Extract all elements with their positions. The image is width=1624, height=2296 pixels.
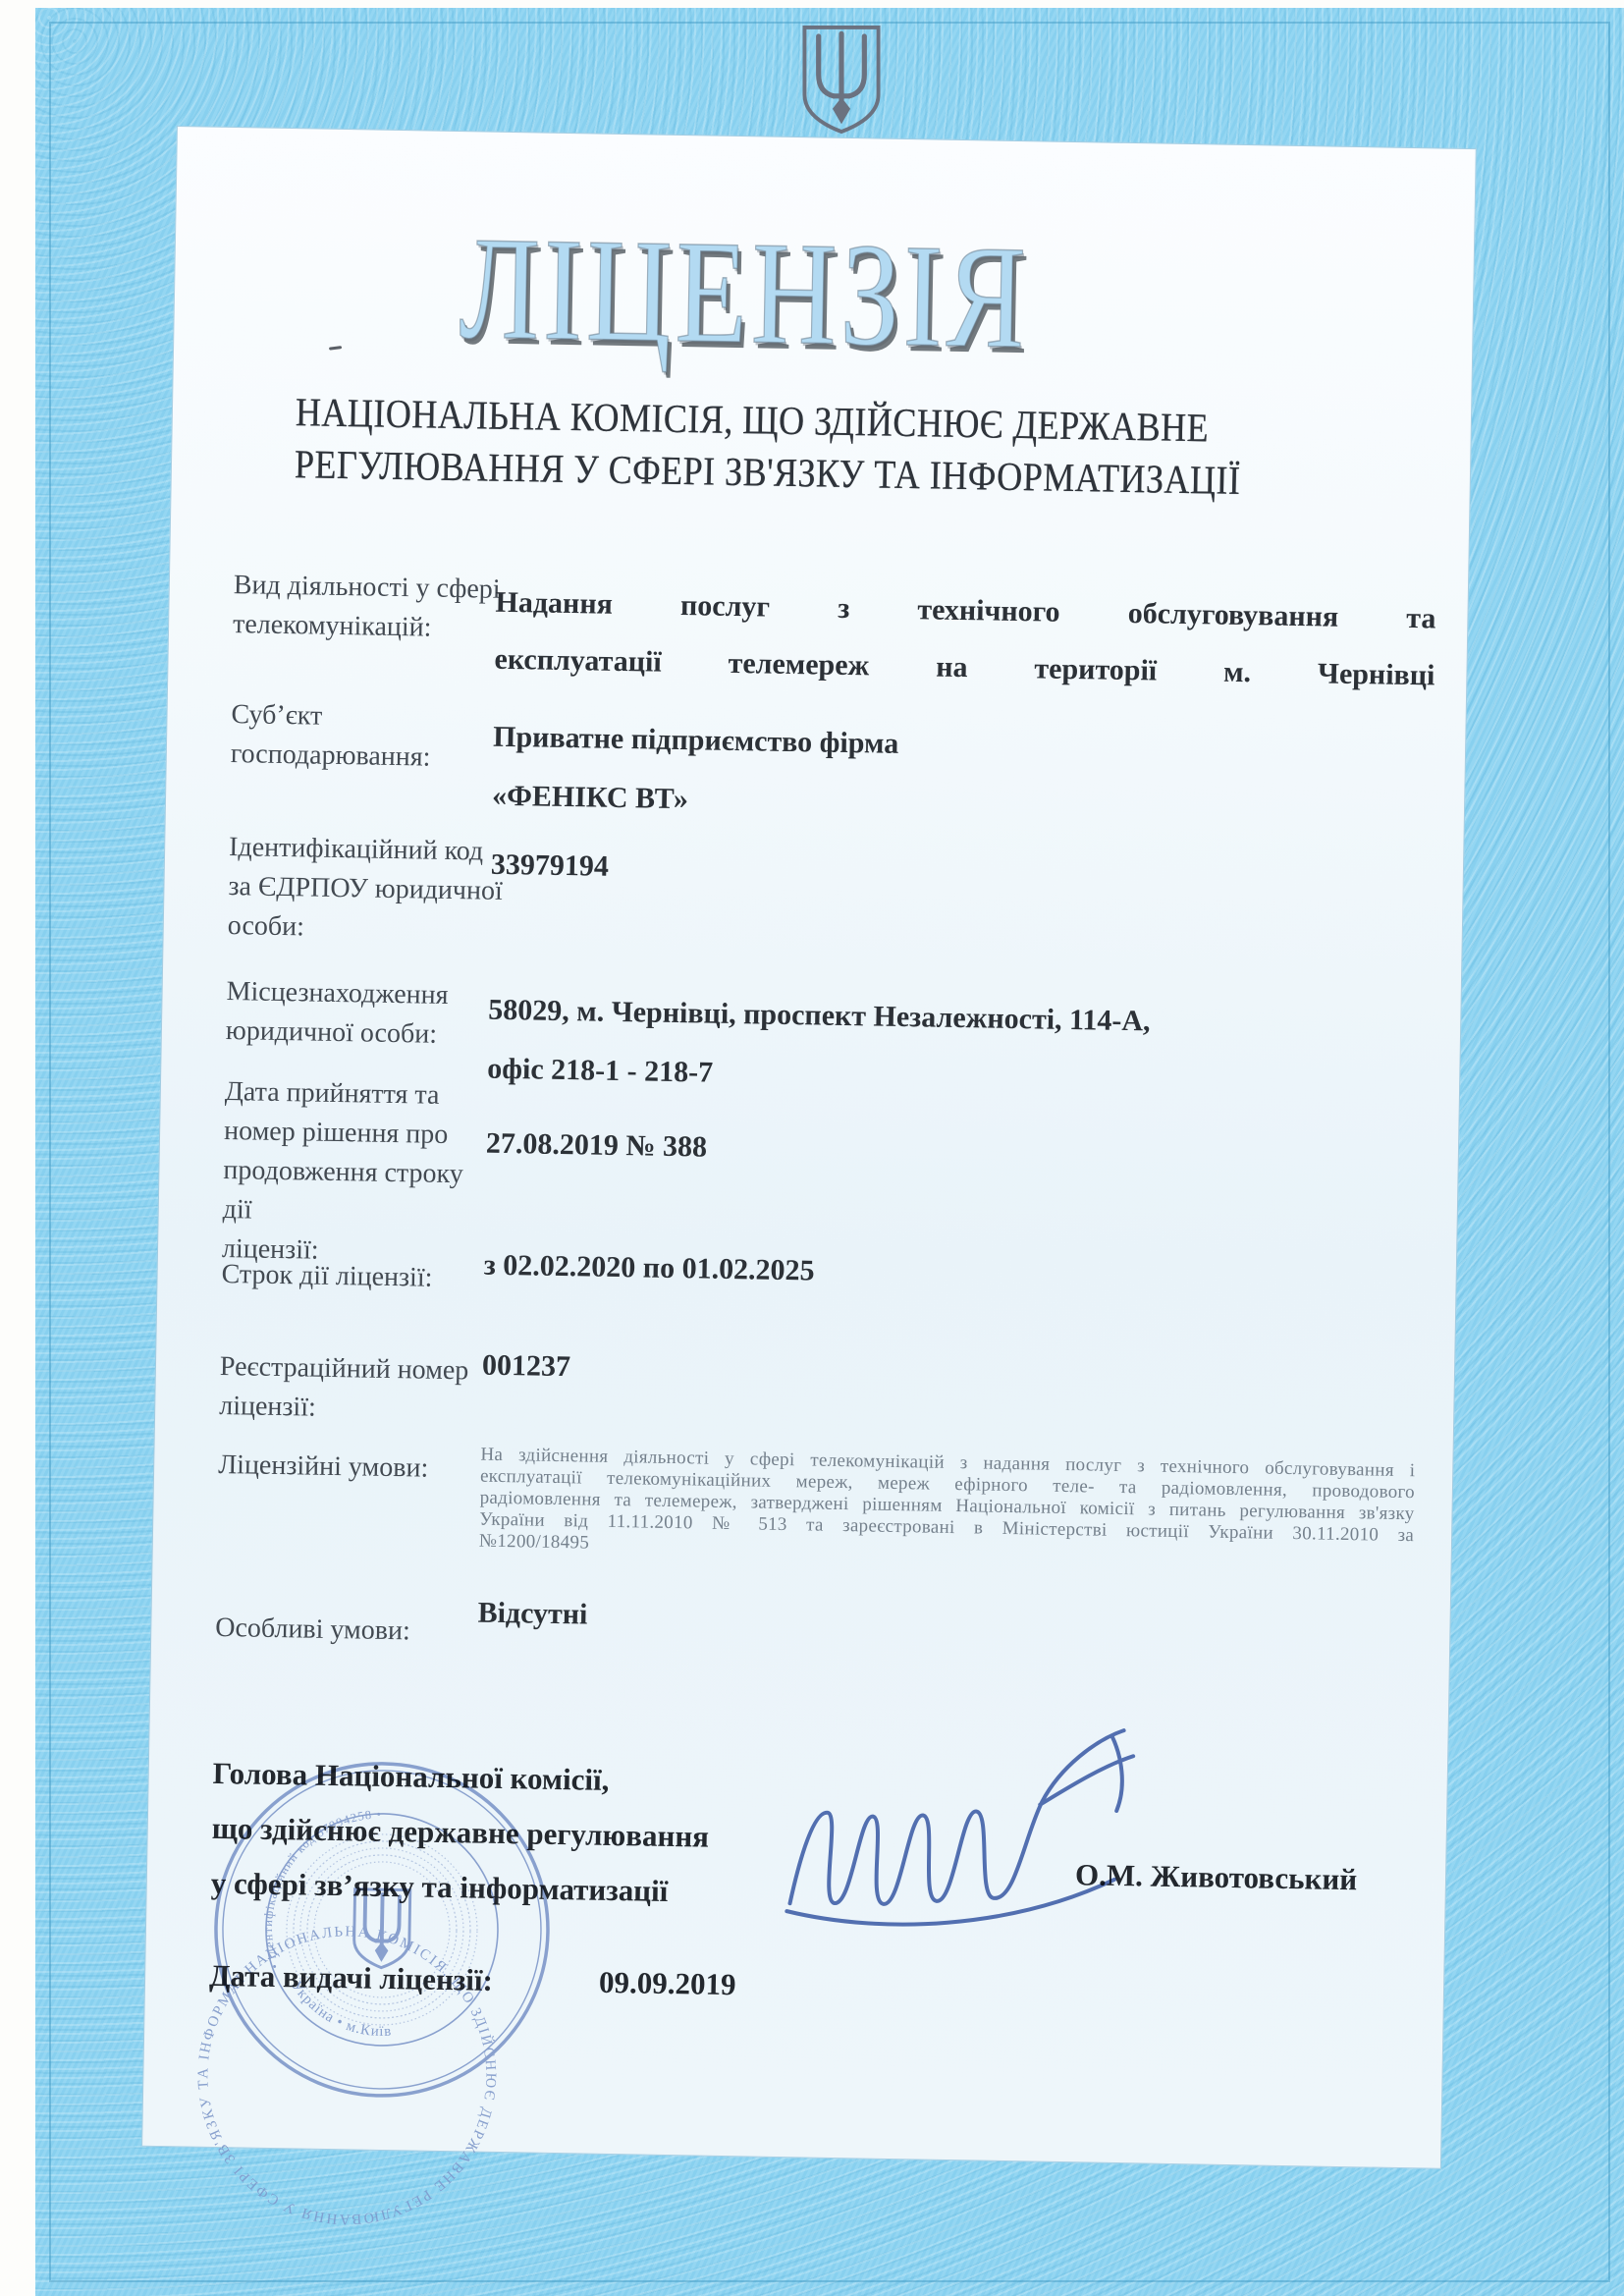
license-sheet: ЛІЦЕНЗІЯ НАЦІОНАЛЬНА КОМІСІЯ, ЩО ЗДІЙСНЮ…: [141, 126, 1477, 2169]
field-label-legal-address: Місцезнаходженняюридичної особи:: [226, 972, 502, 1056]
issue-date-value: 09.09.2019: [599, 1965, 736, 2002]
ukraine-trident-icon: [800, 24, 883, 136]
field-label-validity-period: Строк дії ліцензії:: [221, 1255, 497, 1299]
field-value-license-conditions: На здійснення діяльності у сфері телеком…: [479, 1445, 1416, 1569]
license-document-scan: ЛІЦЕНЗІЯ НАЦІОНАЛЬНА КОМІСІЯ, ЩО ЗДІЙСНЮ…: [0, 0, 1624, 2296]
field-value-legal-address: 58029, м. Чернівці, проспект Незалежност…: [487, 981, 1430, 1116]
field-value-business-entity: Приватне підприємство фірма«ФЕНІКС ВТ»: [492, 708, 1435, 843]
field-label-edrpou-code: Ідентифікаційний кодза ЄДРПОУ юридичноїо…: [227, 828, 504, 951]
field-value-edrpou-code: 33979194: [490, 836, 1432, 911]
signatory-position: Голова Національної комісії,що здійснює …: [210, 1746, 822, 1922]
issue-date-label: Дата видачі ліцензії:: [209, 1958, 493, 1998]
field-value-special-conditions: Відсутні: [477, 1584, 1419, 1660]
field-label-license-conditions: Ліцензійні умови:: [218, 1446, 494, 1490]
field-label-special-conditions: Особливі умови:: [215, 1609, 491, 1653]
scan-speck: [329, 346, 342, 351]
signatory-name: О.М. Животовський: [1075, 1857, 1358, 1897]
issuing-authority-header: НАЦІОНАЛЬНА КОМІСІЯ, ЩО ЗДІЙСНЮЄ ДЕРЖАВН…: [236, 385, 1219, 506]
field-value-activity-type: Надання послуг з технічного обслуговуван…: [494, 574, 1436, 705]
field-label-registration-number: Реєстраційний номерліцензії:: [219, 1347, 495, 1431]
field-value-decision-date-number: 27.08.2019 № 388: [485, 1115, 1427, 1190]
field-value-registration-number: 001237: [481, 1337, 1423, 1412]
field-label-activity-type: Вид діяльності у сферітелекомунікацій:: [233, 566, 509, 649]
field-label-decision-date-number: Дата прийняття таномер рішення пропродов…: [222, 1072, 500, 1274]
handwritten-signature: [775, 1707, 1152, 1949]
field-value-validity-period: з 02.02.2020 по 01.02.2025: [483, 1236, 1425, 1312]
page-title: ЛІЦЕНЗІЯ: [343, 212, 1146, 373]
field-label-business-entity: Суб’єктгосподарювання:: [230, 695, 506, 779]
